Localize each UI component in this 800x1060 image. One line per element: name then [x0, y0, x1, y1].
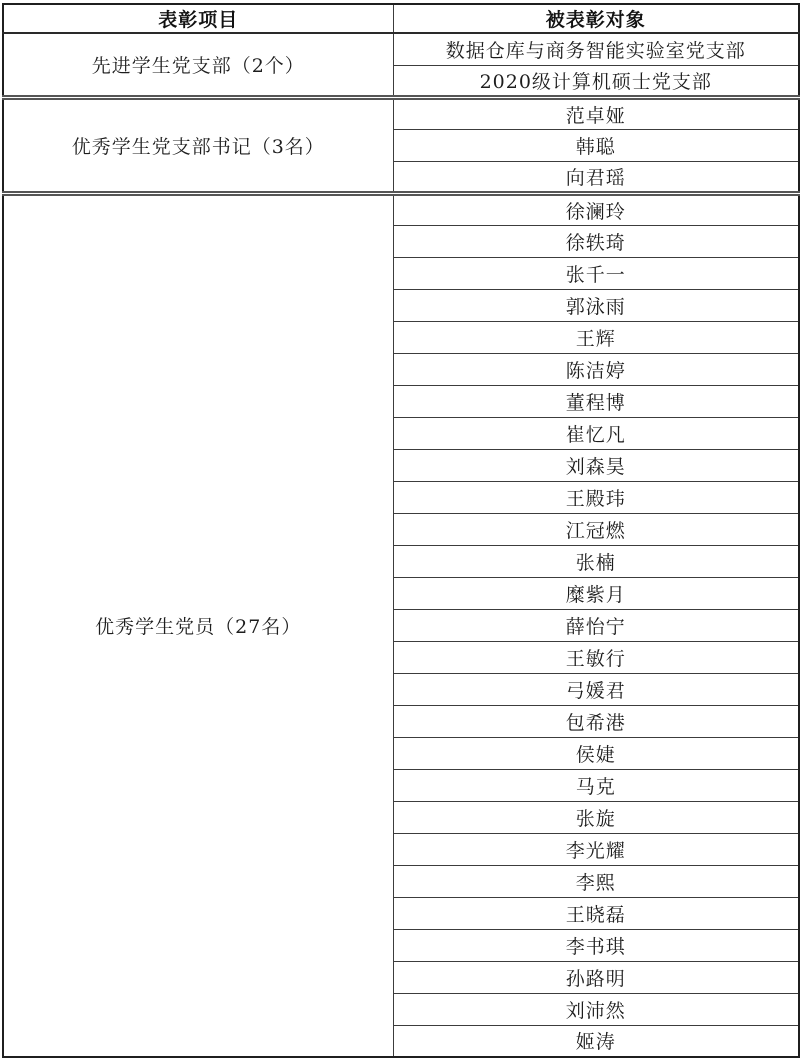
recipient-cell: 王敏行: [393, 641, 799, 673]
recipient-cell: 向君瑶: [393, 161, 799, 193]
recipient-cell: 弓媛君: [393, 673, 799, 705]
project-cell: 优秀学生党员（27名）: [3, 193, 393, 1057]
table-row: 优秀学生党支部书记（3名）范卓娅: [3, 97, 799, 129]
table-row: 优秀学生党员（27名）徐澜玲: [3, 193, 799, 225]
table-row: 先进学生党支部（2个）数据仓库与商务智能实验室党支部: [3, 33, 799, 65]
recipient-cell: 张楠: [393, 545, 799, 577]
recipient-cell: 王殿玮: [393, 481, 799, 513]
recipient-cell: 姬涛: [393, 1025, 799, 1057]
table-body: 先进学生党支部（2个）数据仓库与商务智能实验室党支部2020级计算机硕士党支部优…: [3, 33, 799, 1057]
column-header-recipients: 被表彰对象: [393, 4, 799, 33]
recipient-cell: 陈洁婷: [393, 353, 799, 385]
table-header: 表彰项目 被表彰对象: [3, 4, 799, 33]
recipient-cell: 孙路明: [393, 961, 799, 993]
recipient-cell: 徐轶琦: [393, 225, 799, 257]
column-header-project: 表彰项目: [3, 4, 393, 33]
recipient-cell: 刘森昊: [393, 449, 799, 481]
recipient-cell: 马克: [393, 769, 799, 801]
recipient-cell: 王辉: [393, 321, 799, 353]
recipient-cell: 薛怡宁: [393, 609, 799, 641]
recipient-cell: 刘沛然: [393, 993, 799, 1025]
recipient-cell: 王晓磊: [393, 897, 799, 929]
recipient-cell: 江冠燃: [393, 513, 799, 545]
recipient-cell: 2020级计算机硕士党支部: [393, 65, 799, 97]
recipient-cell: 张旋: [393, 801, 799, 833]
recipient-cell: 郭泳雨: [393, 289, 799, 321]
recipient-cell: 李书琪: [393, 929, 799, 961]
recipient-cell: 糜紫月: [393, 577, 799, 609]
recipient-cell: 张千一: [393, 257, 799, 289]
project-cell: 优秀学生党支部书记（3名）: [3, 97, 393, 193]
recipient-cell: 李熙: [393, 865, 799, 897]
recipient-cell: 董程博: [393, 385, 799, 417]
recipient-cell: 徐澜玲: [393, 193, 799, 225]
recipient-cell: 韩聪: [393, 129, 799, 161]
header-row: 表彰项目 被表彰对象: [3, 4, 799, 33]
document-page: 表彰项目 被表彰对象 先进学生党支部（2个）数据仓库与商务智能实验室党支部202…: [0, 0, 800, 1060]
recipient-cell: 侯婕: [393, 737, 799, 769]
commendation-table: 表彰项目 被表彰对象 先进学生党支部（2个）数据仓库与商务智能实验室党支部202…: [2, 3, 800, 1058]
recipient-cell: 李光耀: [393, 833, 799, 865]
recipient-cell: 崔忆凡: [393, 417, 799, 449]
recipient-cell: 范卓娅: [393, 97, 799, 129]
recipient-cell: 包希港: [393, 705, 799, 737]
recipient-cell: 数据仓库与商务智能实验室党支部: [393, 33, 799, 65]
project-cell: 先进学生党支部（2个）: [3, 33, 393, 97]
